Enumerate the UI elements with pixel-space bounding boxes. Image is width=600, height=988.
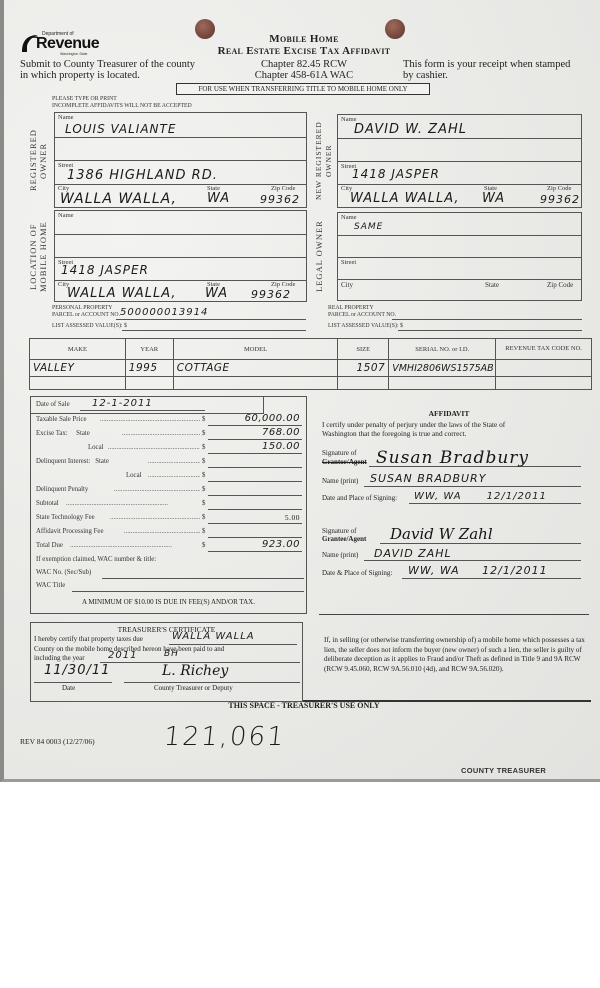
taxable-sale-price-field[interactable]: 60,000.00 <box>245 413 300 424</box>
grantee-date-place-label: Date & Place of Signing: <box>322 569 392 577</box>
rp-assessed-label: LIST ASSESSED VALUE(S): $ <box>328 323 403 330</box>
rp-heading: REAL PROPERTY <box>328 305 374 312</box>
tax-lien-notice: If, in selling (or otherwise transferrin… <box>324 636 594 674</box>
receipt-note-line2: by cashier. <box>403 70 448 81</box>
fee-label: Delinquent Penalty <box>36 486 88 493</box>
personal-property-block: PERSONAL PROPERTY PARCEL or ACCOUNT NO. … <box>52 305 308 333</box>
registered-owner-box: Name LOUIS VALIANTE Street 1386 HIGHLAND… <box>54 112 307 208</box>
cell-make[interactable] <box>30 377 126 390</box>
mobile-home-table: MAKE YEAR MODEL SIZE SERIAL NO. or I.D. … <box>29 338 592 390</box>
affidavit-heading: AFFIDAVIT <box>314 409 584 418</box>
col-make: MAKE <box>30 339 126 360</box>
grantee-sig-label2: Grantee/Agent <box>322 535 366 543</box>
dollar-sign: $ <box>202 416 205 423</box>
fee-label: Taxable Sale Price <box>36 416 86 423</box>
incomplete-note: INCOMPLETE AFFIDAVITS WILL NOT BE ACCEPT… <box>52 103 192 110</box>
copy-label-county-treasurer: COUNTY TREASURER <box>461 766 546 775</box>
dollar-sign: $ <box>202 528 205 535</box>
form-number: REV 84 0003 (12/27/06) <box>20 737 95 746</box>
treasurer-cert-line3: including the year <box>34 654 85 662</box>
chapter-wac: Chapter 458-61A WAC <box>4 70 600 81</box>
grantor-sig-label2: Grantor/Agent <box>322 458 367 466</box>
nro-state-field[interactable]: WA <box>482 191 505 206</box>
date-of-sale-label: Date of Sale <box>36 401 70 408</box>
treasurer-cert-initials: BH <box>164 649 179 659</box>
grantor-date-place-field[interactable]: WW, WA 12/1/2011 <box>414 491 547 502</box>
loc-zip-label: Zip Code <box>271 281 295 288</box>
loc-street-field[interactable]: 1418 JASPER <box>61 263 149 277</box>
grantee-signature[interactable]: David W Zahl <box>390 525 493 543</box>
legal-owner-section-label: LEGAL OWNER <box>314 211 336 301</box>
pp-parcel-label: PARCEL or ACCOUNT NO. <box>52 312 120 319</box>
dollar-sign: $ <box>202 486 205 493</box>
location-box: Name Street 1418 JASPER City State Zip C… <box>54 210 307 302</box>
ro-zip-field[interactable]: 99362 <box>260 193 300 206</box>
grantor-print-label: Name (print) <box>322 477 358 485</box>
loc-state-field[interactable]: WA <box>205 286 228 301</box>
treasurer-cert-county-field[interactable]: WALLA WALLA <box>172 631 255 642</box>
table-row <box>30 377 592 390</box>
ro-state-field[interactable]: WA <box>207 191 230 206</box>
grantor-agent-label: Grantor/Agent <box>322 458 367 466</box>
lo-name-label: Name <box>341 214 357 221</box>
state-technology-fee-value: 5.00 <box>285 513 300 522</box>
cell-revenue-tax-code[interactable] <box>496 360 592 377</box>
fee-row-total-due: Total Due ..............................… <box>36 540 306 553</box>
nro-name-field[interactable]: DAVID W. ZAHL <box>354 122 467 137</box>
nro-zip-field[interactable]: 99362 <box>540 193 580 206</box>
treasurer-cert-year-field[interactable]: 2011 <box>108 650 137 661</box>
ro-street-field[interactable]: 1386 HIGHLAND RD. <box>67 168 218 183</box>
grantee-date-place-field[interactable]: WW, WA 12/1/2011 <box>408 564 548 577</box>
nro-street-field[interactable]: 1418 JASPER <box>352 167 440 181</box>
registered-owner-section-label: REGISTERED OWNER <box>28 113 50 208</box>
cell-size[interactable] <box>338 377 389 390</box>
ro-name-field[interactable]: LOUIS VALIANTE <box>65 122 176 136</box>
lo-state-label: State <box>485 281 499 289</box>
pp-heading: PERSONAL PROPERTY <box>52 305 112 312</box>
wac-title-field[interactable] <box>72 591 304 592</box>
grantee-sig-label1: Signature of <box>322 527 356 535</box>
wac-title-label: WAC Title <box>36 582 65 589</box>
treasurer-cert-date-label: Date <box>62 684 75 692</box>
treasurer-use-only-label: THIS SPACE - TREASURER'S USE ONLY <box>4 701 600 710</box>
fee-row-excise-local: Local ..................................… <box>36 442 306 455</box>
affidavit-form-sheet: Department of Revenue Washington State M… <box>0 0 600 782</box>
exemption-label: If exemption claimed, WAC number & title… <box>36 556 156 563</box>
fee-row-excise-state: Excise Tax: State ......................… <box>36 428 306 441</box>
new-registered-owner-box: Name DAVID W. ZAHL Street 1418 JASPER Ci… <box>337 114 582 208</box>
table-header-row: MAKE YEAR MODEL SIZE SERIAL NO. or I.D. … <box>30 339 592 360</box>
loc-zip-field[interactable]: 99362 <box>251 288 291 301</box>
dollar-sign: $ <box>202 500 205 507</box>
rp-assessed-field[interactable] <box>398 330 582 331</box>
fee-row-state-technology-fee: State Technology Fee ...................… <box>36 512 306 525</box>
dollar-sign: $ <box>202 542 205 549</box>
cell-serial[interactable] <box>389 377 496 390</box>
treasurer-cert-heading: TREASURER'S CERTIFICATE <box>30 625 303 634</box>
fee-label: Delinquent Interest: State <box>36 458 109 465</box>
col-revenue-tax-code: REVENUE TAX CODE NO. <box>496 339 592 360</box>
minimum-due-note: A MINIMUM OF $10.00 IS DUE IN FEE(S) AND… <box>30 598 307 606</box>
dollar-sign: $ <box>202 472 205 479</box>
new-registered-owner-section-label: NEW REGISTERED OWNER <box>314 113 336 208</box>
col-serial: SERIAL NO. or I.D. <box>389 339 496 360</box>
table-row: VALLEY 1995 COTTAGE 1507 VMHI2806WS1575A… <box>30 360 592 377</box>
excise-tax-state-field[interactable]: 768.00 <box>262 427 300 438</box>
excise-tax-local-field[interactable]: 150.00 <box>262 441 300 452</box>
handwritten-receipt-number: 121,061 <box>162 722 287 752</box>
please-type-note: PLEASE TYPE OR PRINT <box>52 96 117 103</box>
nro-city-field[interactable]: WALLA WALLA, <box>350 191 459 206</box>
lo-street-label: Street <box>341 259 356 266</box>
cell-model[interactable] <box>173 377 338 390</box>
lo-name-field[interactable]: SAME <box>354 222 383 232</box>
col-year: YEAR <box>125 339 173 360</box>
grantor-print-field[interactable]: SUSAN BRADBURY <box>370 472 486 485</box>
nro-zip-label: Zip Code <box>547 185 571 192</box>
wac-no-row: WAC No. (Sec/Sub) <box>36 569 304 581</box>
cell-year[interactable]: 1995 <box>125 360 173 377</box>
pp-assessed-field[interactable] <box>122 330 306 331</box>
cell-year[interactable] <box>125 377 173 390</box>
fee-label: Subtotal <box>36 500 59 507</box>
col-model: MODEL <box>173 339 338 360</box>
grantor-signature[interactable]: Susan Bradbury <box>376 448 529 468</box>
receipt-note-line1: This form is your receipt when stamped <box>403 59 570 70</box>
pp-parcel-field[interactable]: 500000013914 <box>120 307 208 318</box>
fee-label: Excise Tax: State <box>36 430 90 437</box>
treasurer-cert-signer-label: County Treasurer or Deputy <box>154 684 233 692</box>
fee-row-affidavit-processing-fee: Affidavit Processing Fee ...............… <box>36 526 306 539</box>
loc-name-label: Name <box>58 212 74 219</box>
dollar-sign: $ <box>202 458 205 465</box>
wac-title-row: WAC Title <box>36 582 304 594</box>
real-property-block: REAL PROPERTY PARCEL or ACCOUNT NO. LIST… <box>328 305 584 333</box>
cell-size[interactable]: 1507 <box>338 360 389 377</box>
wac-no-label: WAC No. (Sec/Sub) <box>36 569 91 576</box>
col-size: SIZE <box>338 339 389 360</box>
grantor-sig-label1: Signature of <box>322 449 356 457</box>
location-section-label: LOCATION OF MOBILE HOME <box>28 211 50 303</box>
affidavit-divider <box>319 614 589 615</box>
lo-zip-label: Zip Code <box>547 281 573 289</box>
ro-city-field[interactable]: WALLA WALLA, <box>60 191 177 207</box>
treasurer-cert-line1: I hereby certify that property taxes due <box>34 635 143 643</box>
fee-label: Local <box>88 444 103 451</box>
fee-row-subtotal: Subtotal ...............................… <box>36 498 306 511</box>
fee-label: State Technology Fee <box>36 514 95 521</box>
legal-owner-box: Name SAME Street City State Zip Code <box>337 212 582 301</box>
treasurer-cert-date-field[interactable]: 11/30/11 <box>44 663 110 678</box>
ro-name-label: Name <box>58 114 74 121</box>
cell-revenue-tax-code[interactable] <box>496 377 592 390</box>
grantee-print-label: Name (print) <box>322 551 358 559</box>
rp-parcel-field[interactable] <box>392 319 582 320</box>
fee-row-delinquent-interest-state: Delinquent Interest: State .............… <box>36 456 306 469</box>
dollar-sign: $ <box>202 444 205 451</box>
grantor-date-place-label: Date and Place of Signing: <box>322 494 397 502</box>
fee-label: Total Due <box>36 542 63 549</box>
ro-zip-label: Zip Code <box>271 185 295 192</box>
loc-city-field[interactable]: WALLA WALLA, <box>67 286 176 301</box>
fee-label: Affidavit Processing Fee <box>36 528 103 535</box>
wac-no-field[interactable] <box>102 578 304 579</box>
date-of-sale-row: Date of Sale 12-1-2011 <box>36 399 306 413</box>
dollar-sign: $ <box>202 514 205 521</box>
fee-label: Local <box>126 472 141 479</box>
affidavit-statement-line2: Washington that the foregoing is true an… <box>322 429 467 438</box>
pp-assessed-label: LIST ASSESSED VALUE(S): $ <box>52 323 127 330</box>
cell-make[interactable]: VALLEY <box>30 360 126 377</box>
total-due-field[interactable]: 923.00 <box>262 539 300 550</box>
treasurer-signature[interactable]: L. Richey <box>162 663 228 679</box>
form-title-line1: Mobile Home <box>4 33 600 45</box>
cell-serial[interactable]: VMHI2806WS1575AB <box>389 360 496 377</box>
date-of-sale-field[interactable]: 12-1-2011 <box>92 398 153 409</box>
affidavit-statement-line1: I certify under penalty of perjury under… <box>322 420 505 429</box>
form-title-line2: Real Estate Excise Tax Affidavit <box>4 45 600 57</box>
rp-parcel-label: PARCEL or ACCOUNT NO. <box>328 312 396 319</box>
fee-row-taxable-sale-price: Taxable Sale Price .....................… <box>36 414 306 427</box>
grantee-print-field[interactable]: DAVID ZAHL <box>374 547 452 560</box>
mobile-home-only-banner: FOR USE WHEN TRANSFERRING TITLE TO MOBIL… <box>176 83 430 95</box>
cell-model[interactable]: COTTAGE <box>173 360 338 377</box>
dollar-sign: $ <box>202 430 205 437</box>
fee-row-delinquent-penalty: Delinquent Penalty .....................… <box>36 484 306 497</box>
fee-row-delinquent-interest-local: Local ..................................… <box>36 470 306 483</box>
lo-city-label: City <box>341 281 353 289</box>
